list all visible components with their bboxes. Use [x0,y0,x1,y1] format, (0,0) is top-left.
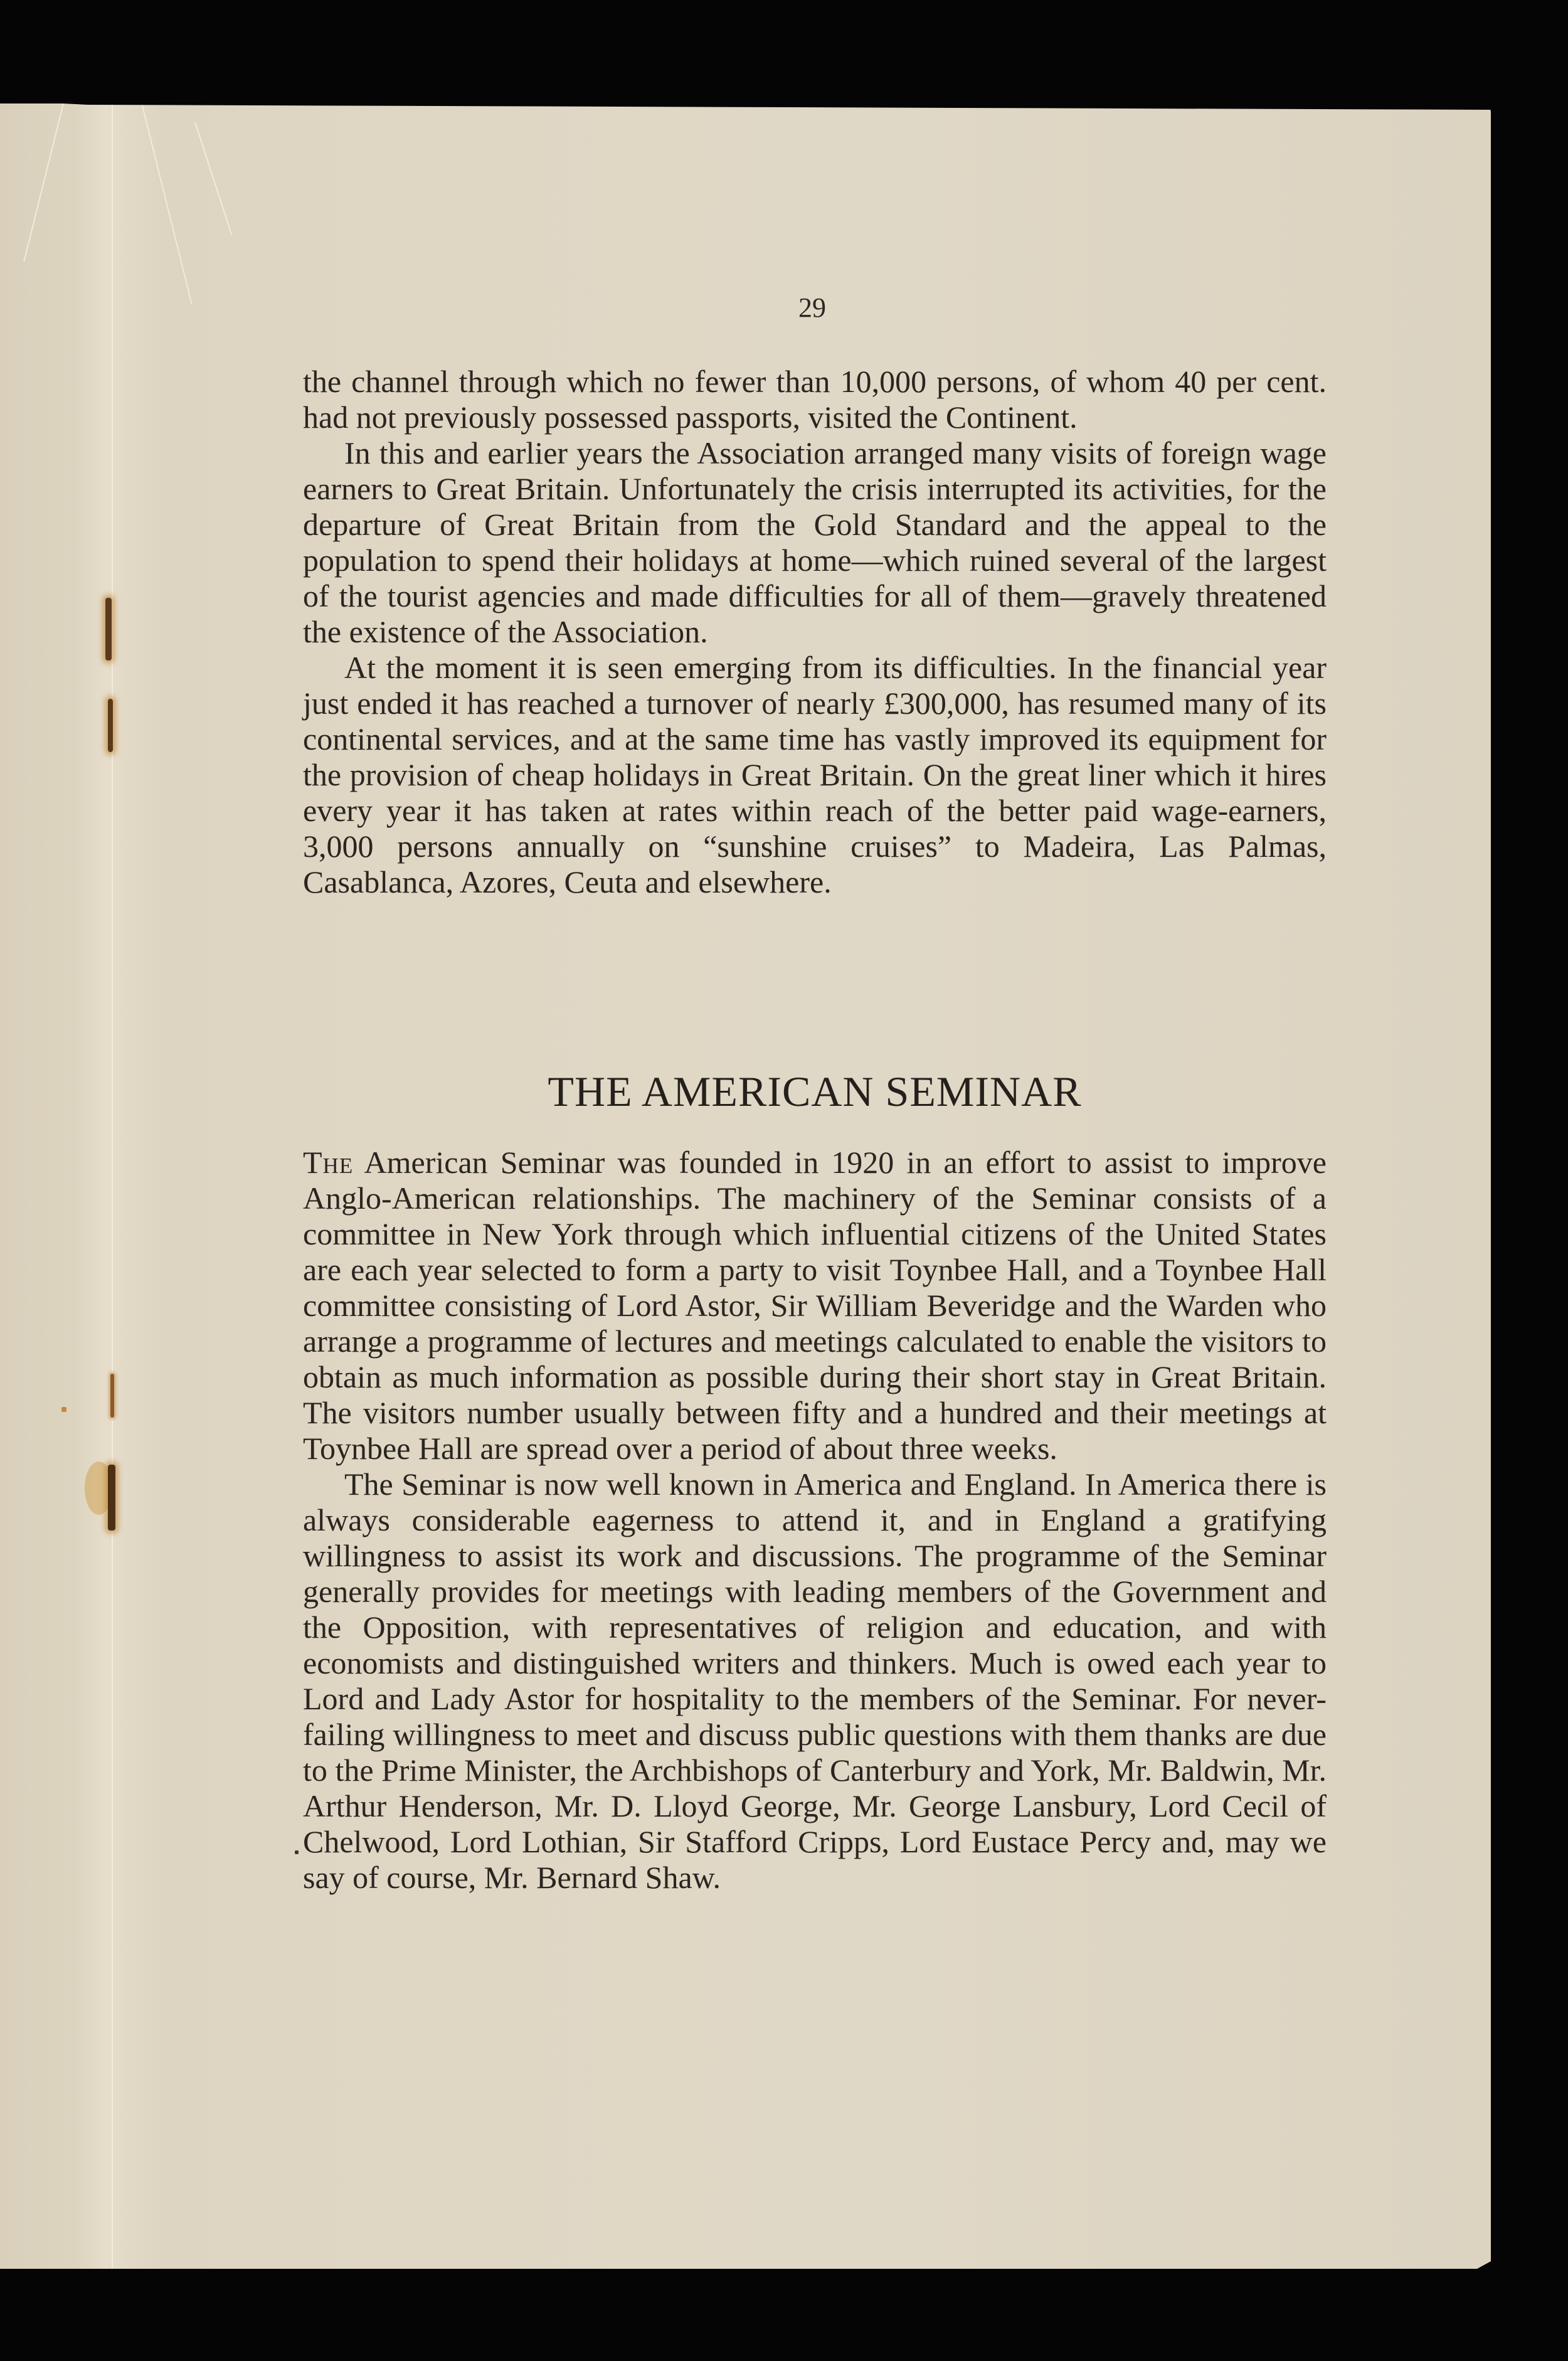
american-seminar-section: The American Seminar was founded in 1920… [303,1145,1327,1896]
continued-section: the channel through which no fewer than … [303,364,1327,900]
paragraph: the channel through which no fewer than … [303,364,1327,435]
paper-crease [194,122,233,235]
paragraph-text: American Seminar was founded in 1920 in … [303,1145,1327,1466]
ink-speck [295,1850,299,1854]
rust-staple-mark [108,699,113,752]
rust-staple-mark [108,1465,115,1531]
paragraph: In this and earlier years the Associatio… [303,435,1327,650]
paragraph: The Seminar is now well known in America… [303,1467,1327,1896]
page-number: 29 [781,292,844,324]
paragraph: The American Seminar was founded in 1920… [303,1145,1327,1467]
rust-staple-mark [110,1374,114,1418]
rust-speck [61,1407,66,1412]
paragraph: At the moment it is seen emerging from i… [303,650,1327,900]
paper-crease [141,103,193,305]
section-heading: THE AMERICAN SEMINAR [303,1074,1327,1110]
lead-word: The [303,1145,353,1180]
paper-crease [23,103,64,262]
rust-staple-mark [105,598,112,661]
gutter-fold [112,103,113,2269]
